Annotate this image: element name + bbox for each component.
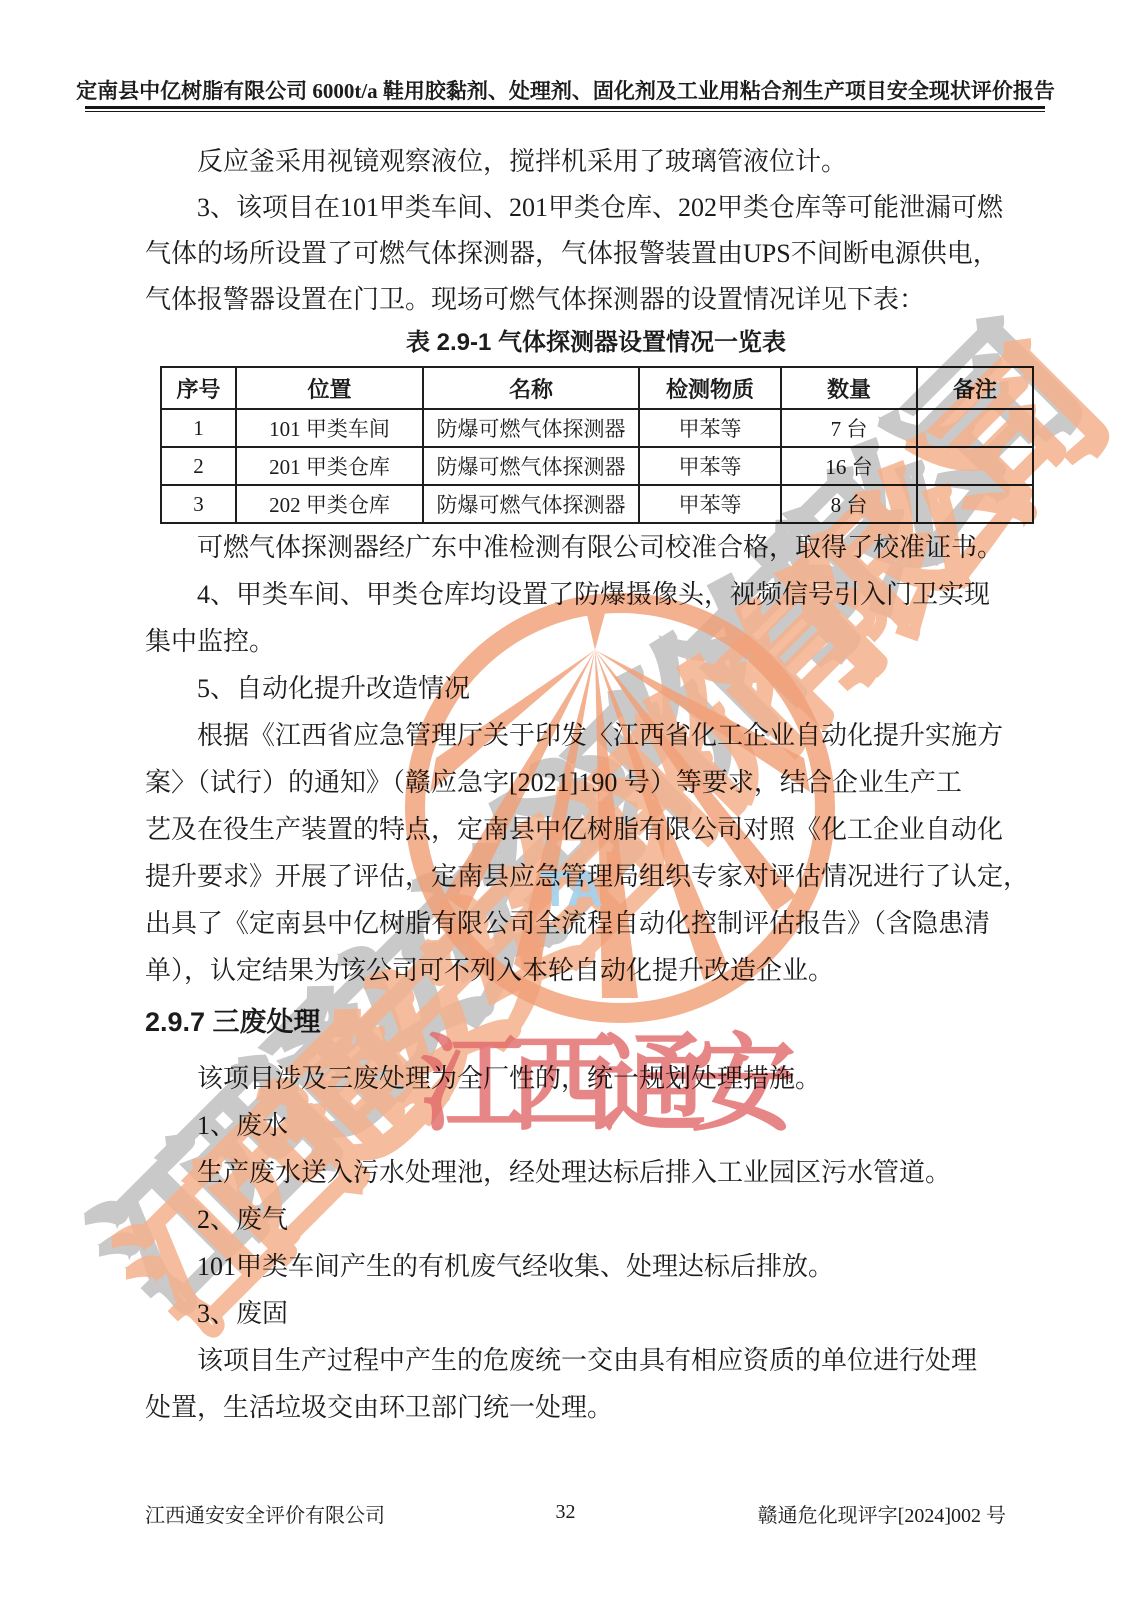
table-cell: 101 甲类车间 (236, 409, 423, 447)
text-line: 1、废水 (145, 1102, 1038, 1149)
page-header-title: 定南县中亿树脂有限公司 6000t/a 鞋用胶黏剂、处理剂、固化剂及工业用粘合剂… (0, 78, 1131, 104)
table-header-cell: 检测物质 (639, 367, 781, 409)
section-heading-297: 2.9.7 三废处理 (145, 1002, 321, 1042)
table-row: 3202 甲类仓库防爆可燃气体探测器甲苯等8 台 (161, 485, 1033, 523)
table-cell: 甲苯等 (639, 485, 781, 523)
table-row: 2201 甲类仓库防爆可燃气体探测器甲苯等16 台 (161, 447, 1033, 485)
text-line: 提升要求》开展了评估，定南县应急管理局组织专家对评估情况进行了认定， (145, 853, 1038, 900)
text-line: 根据《江西省应急管理厅关于印发〈江西省化工企业自动化提升实施方 (145, 712, 1038, 759)
text-line: 101甲类车间产生的有机废气经收集、处理达标后排放。 (145, 1243, 1038, 1290)
text-line: 出具了《定南县中亿树脂有限公司全流程自动化控制评估报告》（含隐患清 (145, 900, 1038, 947)
gas-detector-table: 序号位置名称检测物质数量备注 1101 甲类车间防爆可燃气体探测器甲苯等7 台2… (160, 366, 1034, 524)
text-line: 生产废水送入污水处理池，经处理达标后排入工业园区污水管道。 (145, 1149, 1038, 1196)
table-header-cell: 序号 (161, 367, 236, 409)
table-cell (917, 447, 1033, 485)
table-cell: 8 台 (781, 485, 917, 523)
header-rule (85, 106, 1045, 112)
table-cell (917, 409, 1033, 447)
table-cell: 防爆可燃气体探测器 (423, 447, 639, 485)
text-line: 处置，生活垃圾交由环卫部门统一处理。 (145, 1384, 1038, 1431)
text-line: 4、甲类车间、甲类仓库均设置了防爆摄像头，视频信号引入门卫实现 (145, 571, 1038, 618)
table-cell: 2 (161, 447, 236, 485)
table-cell: 202 甲类仓库 (236, 485, 423, 523)
table-header-cell: 数量 (781, 367, 917, 409)
text-line: 该项目生产过程中产生的危废统一交由具有相应资质的单位进行处理 (145, 1337, 1038, 1384)
text-line: 集中监控。 (145, 618, 1038, 665)
text-line: 5、自动化提升改造情况 (145, 665, 1038, 712)
table-header-cell: 名称 (423, 367, 639, 409)
paragraph-block-before-table: 反应釜采用视镜观察液位，搅拌机采用了玻璃管液位计。3、该项目在101甲类车间、2… (145, 139, 1038, 323)
table-cell: 甲苯等 (639, 409, 781, 447)
table-cell: 甲苯等 (639, 447, 781, 485)
page-footer: 江西通安安全评价有限公司 32 赣通危化现评字[2024]002 号 (0, 1499, 1131, 1529)
table-row: 1101 甲类车间防爆可燃气体探测器甲苯等7 台 (161, 409, 1033, 447)
document-page: 定南县中亿树脂有限公司 6000t/a 鞋用胶黏剂、处理剂、固化剂及工业用粘合剂… (0, 0, 1131, 1600)
table-header-cell: 位置 (236, 367, 423, 409)
text-line: 艺及在役生产装置的特点，定南县中亿树脂有限公司对照《化工企业自动化 (145, 806, 1038, 853)
paragraph-block-after-table: 可燃气体探测器经广东中准检测有限公司校准合格，取得了校准证书。4、甲类车间、甲类… (145, 524, 1038, 994)
table-cell: 防爆可燃气体探测器 (423, 485, 639, 523)
text-line: 气体的场所设置了可燃气体探测器，气体报警装置由UPS不间断电源供电， (145, 231, 1038, 277)
text-line: 3、该项目在101甲类车间、201甲类仓库、202甲类仓库等可能泄漏可燃 (145, 185, 1038, 231)
text-line: 气体报警器设置在门卫。现场可燃气体探测器的设置情况详见下表： (145, 277, 1038, 323)
text-line: 可燃气体探测器经广东中准检测有限公司校准合格，取得了校准证书。 (145, 524, 1038, 571)
table-cell: 7 台 (781, 409, 917, 447)
table-cell: 防爆可燃气体探测器 (423, 409, 639, 447)
table-title: 表 2.9-1 气体探测器设置情况一览表 (160, 326, 1032, 360)
text-line: 该项目涉及三废处理为全厂性的，统一规划处理措施。 (145, 1055, 1038, 1102)
text-line: 反应釜采用视镜观察液位，搅拌机采用了玻璃管液位计。 (145, 139, 1038, 185)
text-line: 2、废气 (145, 1196, 1038, 1243)
text-line: 单），认定结果为该公司可不列入本轮自动化提升改造企业。 (145, 947, 1038, 994)
footer-doc-number: 赣通危化现评字[2024]002 号 (758, 1499, 1006, 1528)
text-line: 3、废固 (145, 1290, 1038, 1337)
table-cell: 1 (161, 409, 236, 447)
table-cell: 16 台 (781, 447, 917, 485)
table-cell (917, 485, 1033, 523)
text-line: 案〉（试行）的通知》（赣应急字[2021]190 号）等要求，结合企业生产工 (145, 759, 1038, 806)
table-cell: 201 甲类仓库 (236, 447, 423, 485)
paragraph-block-three-wastes: 该项目涉及三废处理为全厂性的，统一规划处理措施。1、废水生产废水送入污水处理池，… (145, 1055, 1038, 1431)
table-header-row: 序号位置名称检测物质数量备注 (161, 367, 1033, 409)
table-cell: 3 (161, 485, 236, 523)
table-header-cell: 备注 (917, 367, 1033, 409)
